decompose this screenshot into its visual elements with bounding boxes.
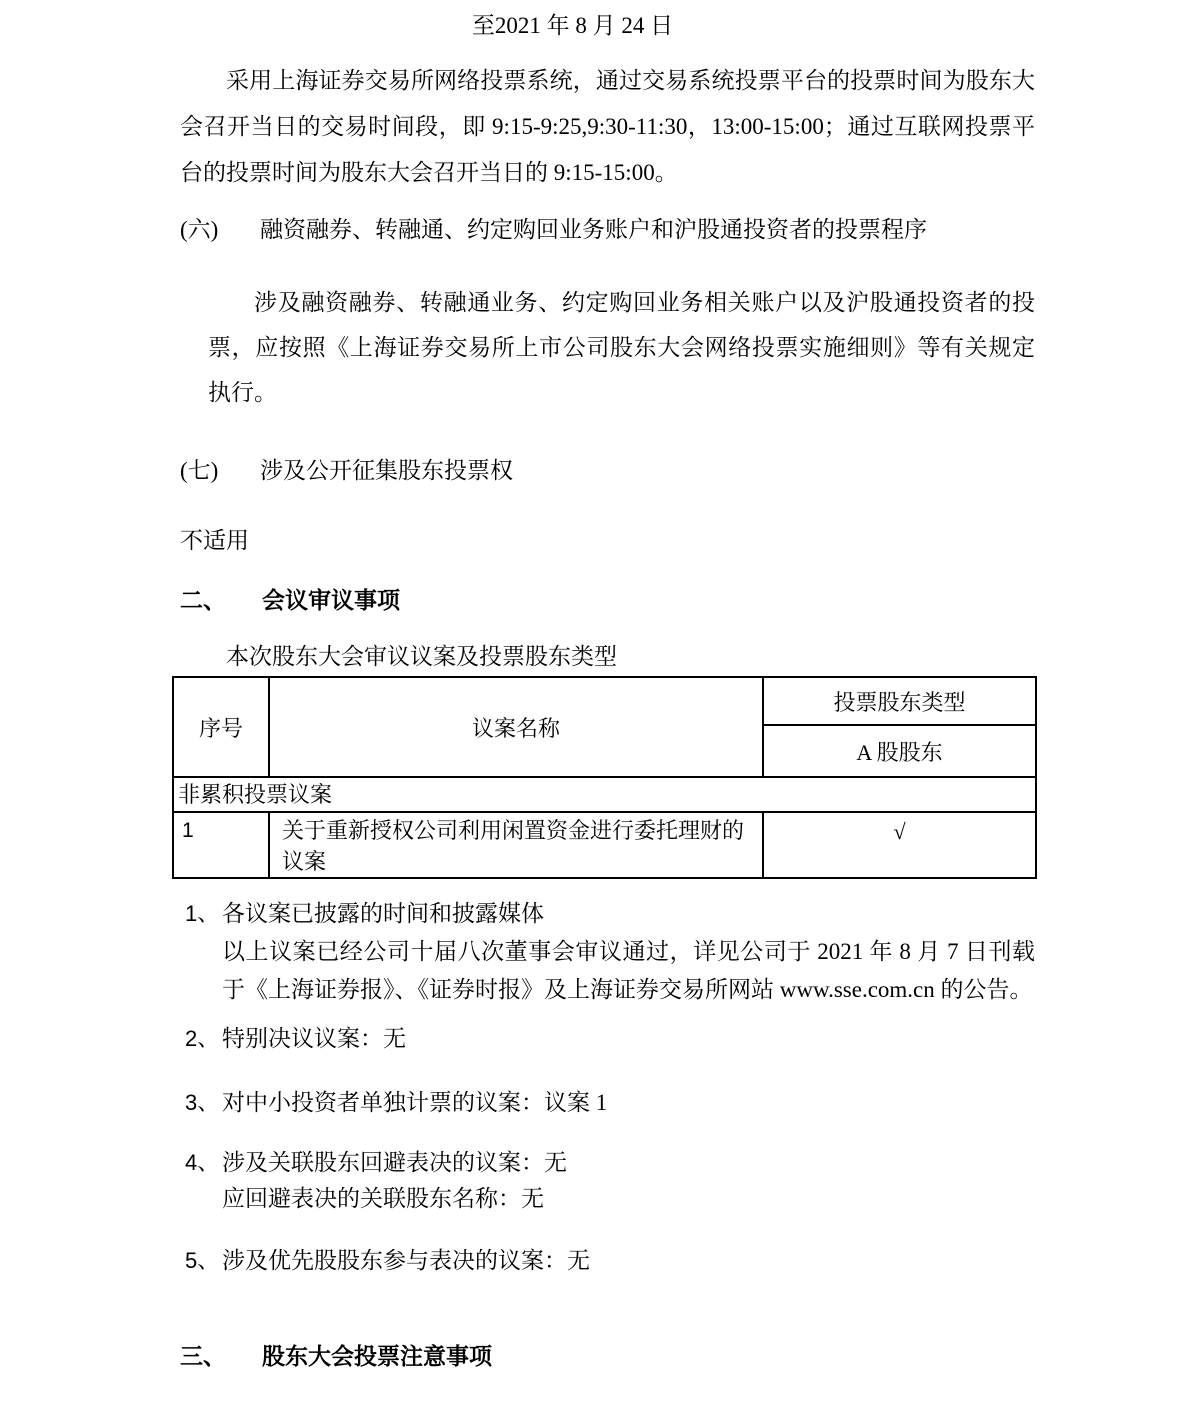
note-4-number: 4、 (185, 1145, 219, 1181)
column-header-a-share: A 股股东 (763, 725, 1036, 777)
note-item-1: 1、 各议案已披露的时间和披露媒体 以上议案已经公司十届八次董事会审议通过，详见… (180, 895, 1035, 1009)
proposal-number-cell: 1 (173, 812, 269, 878)
document-content: 至2021 年 8 月 24 日 采用上海证券交易所网络投票系统，通过交易系统投… (180, 0, 1035, 1373)
note-item-2: 2、 特别决议议案：无 (180, 1021, 1035, 1057)
note-3-number: 3、 (185, 1085, 219, 1121)
note-4-title: 涉及关联股东回避表决的议案：无 (222, 1145, 1035, 1181)
note-item-4: 4、 涉及关联股东回避表决的议案：无 应回避表决的关联股东名称：无 (180, 1145, 1035, 1217)
table-group-row: 非累积投票议案 (173, 777, 1036, 812)
voting-time-paragraph: 采用上海证券交易所网络投票系统，通过交易系统投票平台的投票时间为股东大会召开当日… (180, 58, 1035, 196)
table-header-row-1: 序号 议案名称 投票股东类型 (173, 677, 1036, 725)
section-six-body: 涉及融资融券、转融通业务、约定购回业务相关账户以及沪股通投资者的投票，应按照《上… (208, 280, 1035, 415)
note-5-title: 涉及优先股股东参与表决的议案：无 (222, 1243, 1035, 1279)
section-two-heading: 二、 会议审议事项 (180, 585, 1035, 617)
a-share-vote-checkmark: √ (763, 812, 1036, 878)
proposal-name-cell: 关于重新授权公司利用闲置资金进行委托理财的议案 (269, 812, 763, 878)
section-seven-title: 涉及公开征集股东投票权 (260, 455, 513, 487)
note-4-body: 应回避表决的关联股东名称：无 (222, 1181, 1035, 1217)
not-applicable-text: 不适用 (180, 525, 1035, 557)
note-1-body: 以上议案已经公司十届八次董事会审议通过，详见公司于 2021 年 8 月 7 日… (222, 933, 1035, 1009)
column-header-voter-type: 投票股东类型 (763, 677, 1036, 725)
note-item-3: 3、 对中小投资者单独计票的议案：议案 1 (180, 1085, 1035, 1121)
note-5-number: 5、 (185, 1243, 219, 1279)
document-page: 至2021 年 8 月 24 日 采用上海证券交易所网络投票系统，通过交易系统投… (0, 0, 1200, 1407)
table-row: 1 关于重新授权公司利用闲置资金进行委托理财的议案 √ (173, 812, 1036, 878)
notes-list: 1、 各议案已披露的时间和披露媒体 以上议案已经公司十届八次董事会审议通过，详见… (180, 895, 1035, 1279)
note-2-title: 特别决议议案：无 (222, 1021, 1035, 1057)
section-two-title: 会议审议事项 (262, 585, 400, 617)
section-three-number: 三、 (180, 1341, 262, 1373)
note-2-number: 2、 (185, 1021, 219, 1057)
date-line: 至2021 年 8 月 24 日 (145, 8, 1000, 44)
note-3-title: 对中小投资者单独计票的议案：议案 1 (222, 1085, 1035, 1121)
note-1-number: 1、 (185, 895, 219, 933)
section-seven-number: (七) (180, 455, 260, 487)
section-three-title: 股东大会投票注意事项 (262, 1341, 492, 1373)
section-seven-heading: (七) 涉及公开征集股东投票权 (180, 455, 1035, 487)
section-three-heading: 三、 股东大会投票注意事项 (180, 1341, 1035, 1373)
section-six-title: 融资融券、转融通、约定购回业务账户和沪股通投资者的投票程序 (260, 214, 927, 246)
table-intro-text: 本次股东大会审议议案及投票股东类型 (180, 641, 1035, 673)
group-label-non-cumulative: 非累积投票议案 (173, 777, 1036, 812)
note-1-title: 各议案已披露的时间和披露媒体 (222, 895, 1035, 933)
proposal-voting-table: 序号 议案名称 投票股东类型 A 股股东 非累积投票议案 1 关于重新授权公司利… (172, 676, 1037, 879)
section-six-heading: (六) 融资融券、转融通、约定购回业务账户和沪股通投资者的投票程序 (180, 214, 1035, 246)
column-header-seq: 序号 (173, 677, 269, 777)
note-item-5: 5、 涉及优先股股东参与表决的议案：无 (180, 1243, 1035, 1279)
column-header-proposal-name: 议案名称 (269, 677, 763, 777)
section-six-number: (六) (180, 214, 260, 246)
section-two-number: 二、 (180, 585, 262, 617)
